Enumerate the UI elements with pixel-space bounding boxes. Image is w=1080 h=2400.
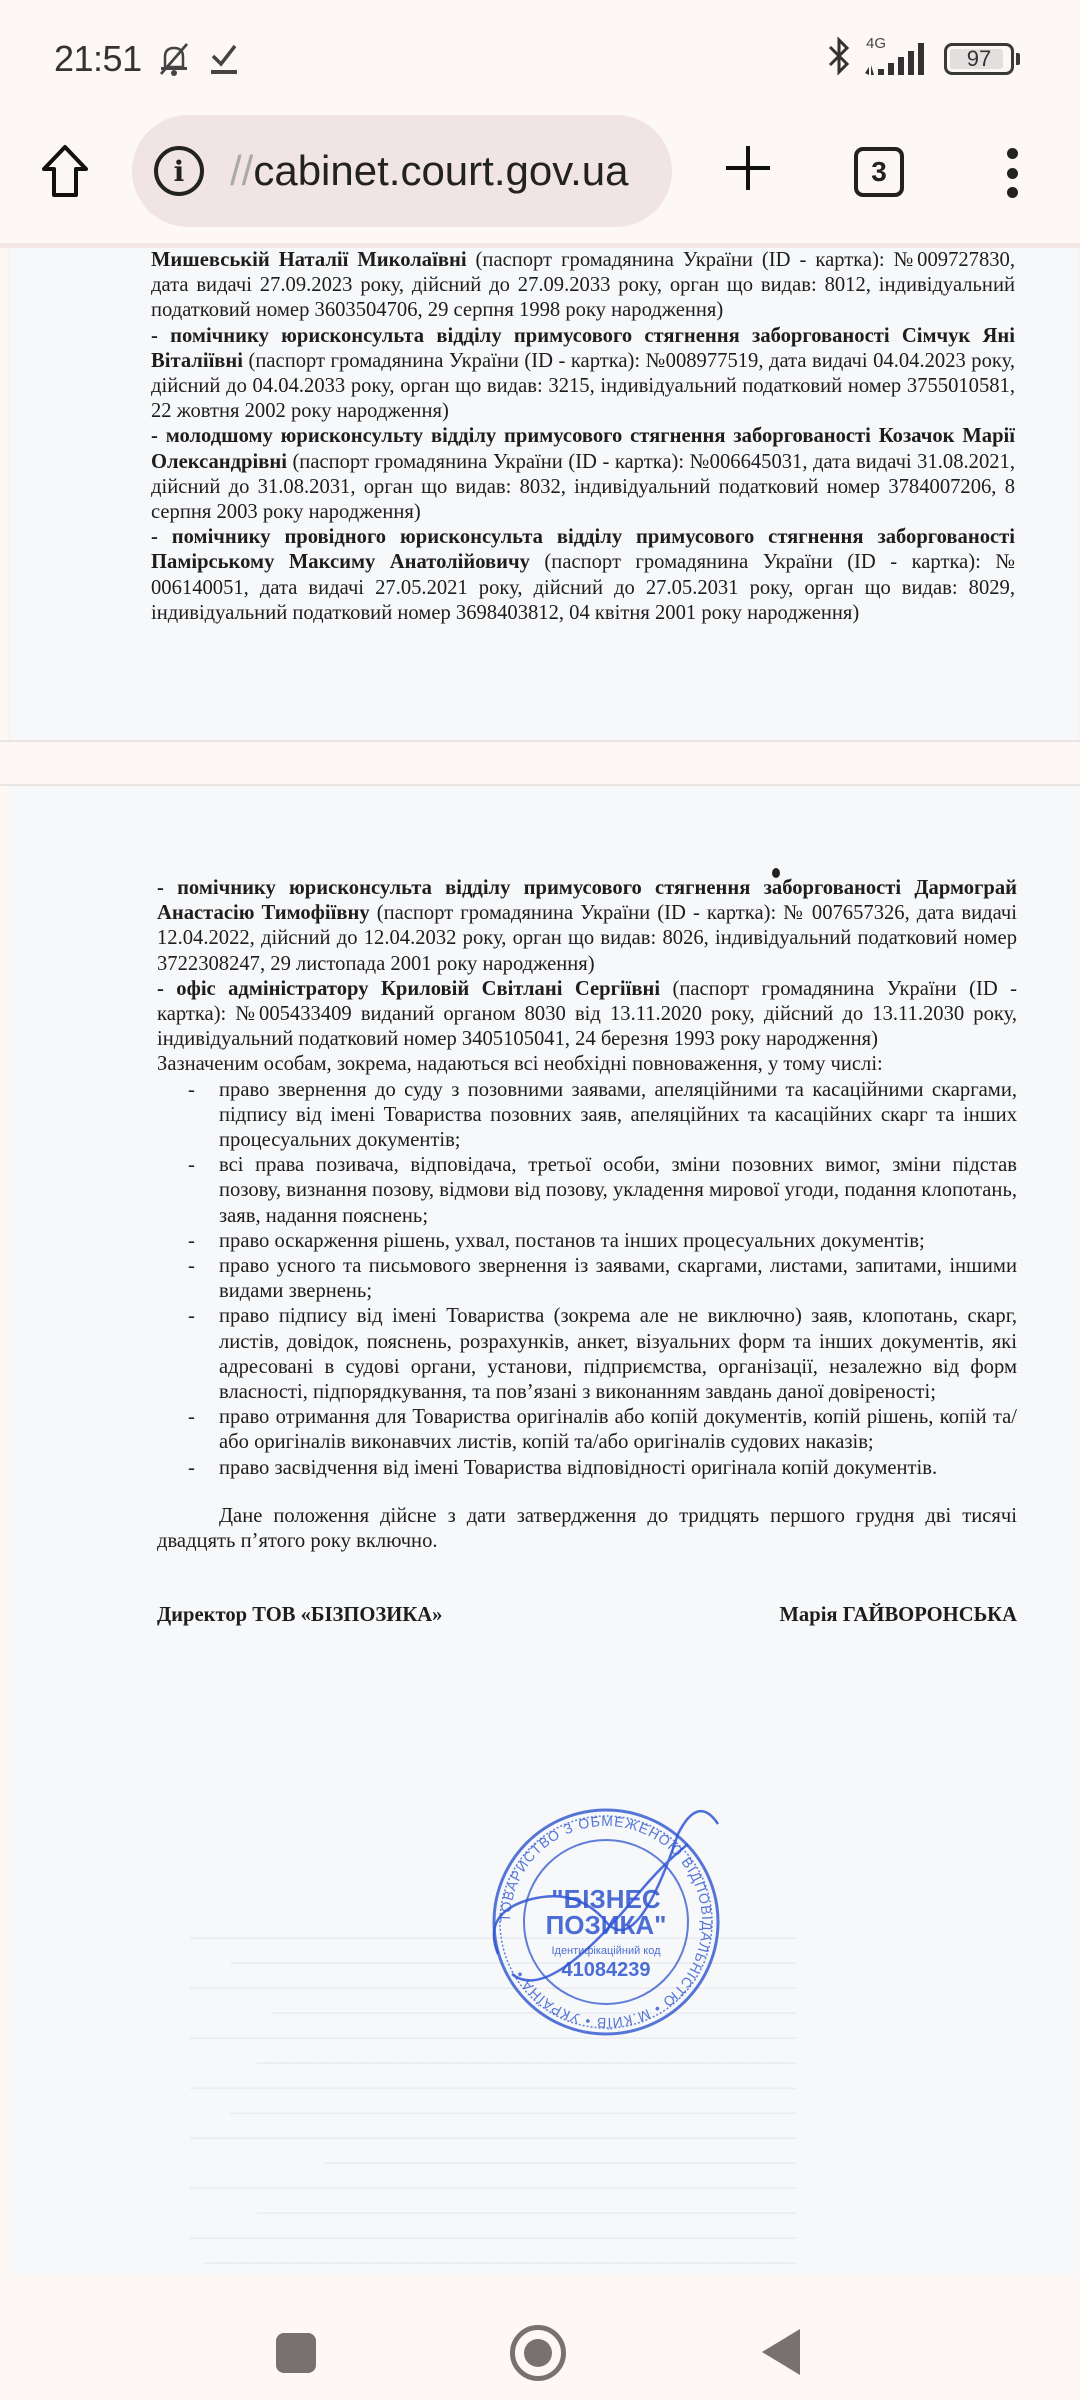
pdf-viewer[interactable]: Мишевській Наталії Миколаївні (паспорт г… xyxy=(0,248,1080,2275)
site-info-icon[interactable]: i xyxy=(154,146,204,196)
page1-text: Мишевській Наталії Миколаївні (паспорт г… xyxy=(151,248,1015,626)
grantee-krylova: - офіс адміністратору Криловій Світлані … xyxy=(157,977,1017,1053)
system-nav-bar xyxy=(0,2275,1080,2400)
validity-clause: Дане положення дійсне з дати затвердженн… xyxy=(157,1504,1017,1554)
home-icon xyxy=(40,143,90,199)
dot-icon xyxy=(1007,187,1018,198)
powers-intro: Зазначеним особам, зокрема, надаються вс… xyxy=(157,1052,1017,1077)
address-bar[interactable]: i //cabinet.court.gov.ua xyxy=(132,115,672,227)
plus-icon xyxy=(724,144,772,192)
power-item: право оскарження рішень, ухвал, постанов… xyxy=(157,1229,1017,1254)
grantee-mishevska: Мишевській Наталії Миколаївні (паспорт г… xyxy=(151,248,1015,324)
grantee-simchuk: - помічнику юрисконсульта відділу примус… xyxy=(151,324,1015,425)
url-text[interactable]: //cabinet.court.gov.ua xyxy=(230,147,628,195)
bluetooth-icon xyxy=(826,36,852,81)
power-item: право усного та письмового звернення із … xyxy=(157,1254,1017,1304)
new-tab-button[interactable] xyxy=(712,132,784,204)
status-time: 21:51 xyxy=(54,38,142,80)
power-item: право засвідчення від імені Товариства в… xyxy=(157,1456,1017,1481)
powers-list: право звернення до суду з позовними заяв… xyxy=(157,1078,1017,1481)
dot-icon xyxy=(1007,168,1018,179)
home-nav-button[interactable] xyxy=(510,2325,566,2381)
bleed-through: ────────────────────────────────────────… xyxy=(190,1926,796,2275)
page2-text: - помічнику юрисконсульта відділу примус… xyxy=(157,876,1017,1628)
signature-block: Директор ТОВ «БІЗПОЗИКА» Марія ГАЙВОРОНС… xyxy=(157,1603,1017,1628)
dot-icon xyxy=(1007,148,1018,159)
recents-button[interactable] xyxy=(276,2333,316,2373)
home-button[interactable] xyxy=(36,138,94,204)
bell-off-icon xyxy=(155,40,193,83)
power-item: всі права позивача, відповідача, третьої… xyxy=(157,1153,1017,1229)
power-item: право звернення до суду з позовними заяв… xyxy=(157,1078,1017,1154)
tab-switcher-button[interactable]: 3 xyxy=(854,147,904,197)
power-item: право отримання для Товариства оригіналі… xyxy=(157,1405,1017,1455)
home-circle-icon xyxy=(524,2339,552,2367)
download-done-icon xyxy=(209,42,239,81)
4g-signal-icon: 4G xyxy=(864,39,932,79)
document-page-2: - помічнику юрисконсульта відділу примус… xyxy=(10,786,1078,2275)
power-item: право підпису від імені Товариства (зокр… xyxy=(157,1304,1017,1405)
more-menu-button[interactable] xyxy=(1000,148,1024,198)
battery-icon: 97 xyxy=(944,43,1020,75)
document-page-1: Мишевській Наталії Миколаївні (паспорт г… xyxy=(10,248,1078,740)
status-bar: 21:51 4G 97 xyxy=(0,0,1080,120)
back-button[interactable] xyxy=(762,2329,800,2375)
page-separator xyxy=(0,740,1080,786)
browser-toolbar: i //cabinet.court.gov.ua 3 xyxy=(0,110,1080,246)
grantee-kozachok: - молодшому юрисконсульту відділу примус… xyxy=(151,424,1015,525)
signer-name: Марія ГАЙВОРОНСЬКА xyxy=(780,1603,1018,1628)
battery-level: 97 xyxy=(967,46,991,72)
signer-title: Директор ТОВ «БІЗПОЗИКА» xyxy=(157,1603,442,1628)
grantee-darmohrai: - помічнику юрисконсульта відділу примус… xyxy=(157,876,1017,977)
grantee-pamirskyi: - помічнику провідного юрисконсульта від… xyxy=(151,525,1015,626)
